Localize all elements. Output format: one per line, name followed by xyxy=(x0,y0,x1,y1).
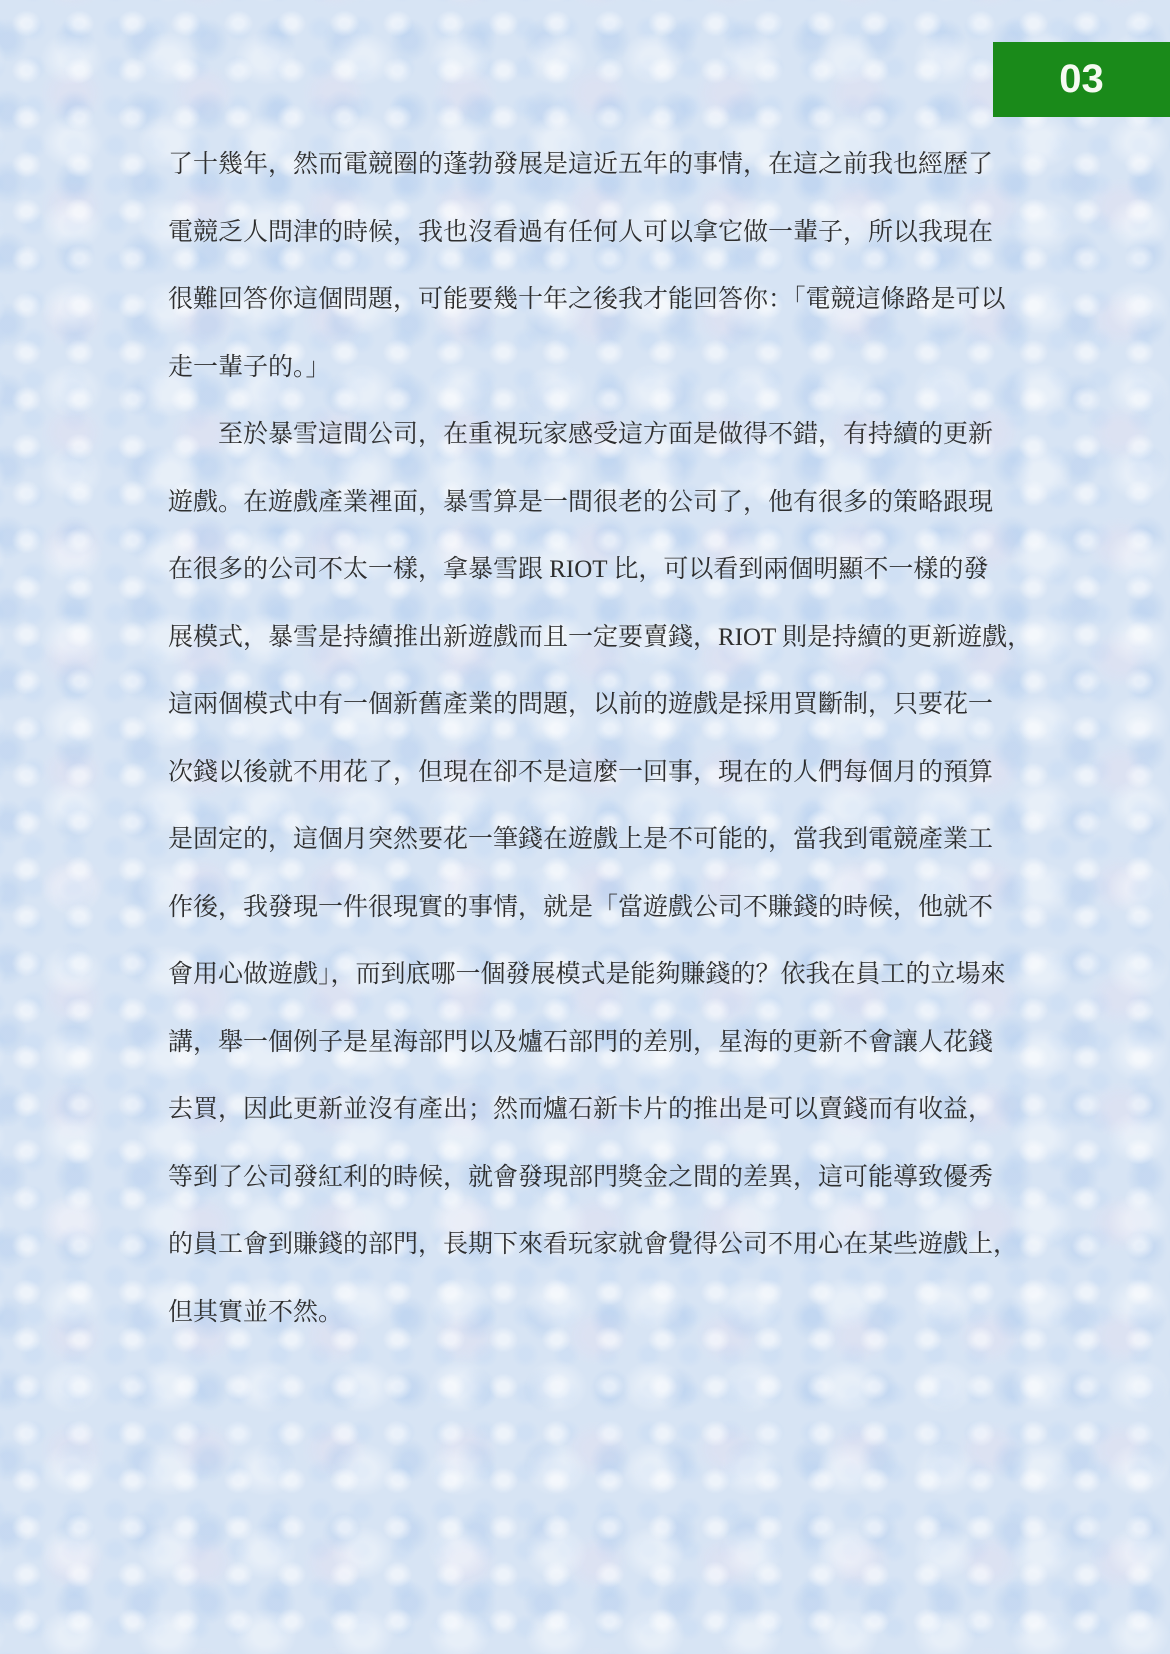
text-line: 在很多的公司不太一樣，拿暴雪跟 RIOT 比，可以看到兩個明顯不一樣的發 xyxy=(168,536,964,604)
text-line: 電競乏人問津的時候，我也沒看過有任何人可以拿它做一輩子，所以我現在 xyxy=(168,199,964,267)
text-line: 了十幾年，然而電競圈的蓬勃發展是這近五年的事情，在這之前我也經歷了 xyxy=(168,131,964,199)
text-line: 的員工會到賺錢的部門，長期下來看玩家就會覺得公司不用心在某些遊戲上， xyxy=(168,1211,964,1279)
text-line: 等到了公司發紅利的時候，就會發現部門獎金之間的差異，這可能導致優秀 xyxy=(168,1144,964,1212)
text-line: 是固定的，這個月突然要花一筆錢在遊戲上是不可能的，當我到電競產業工 xyxy=(168,806,964,874)
document-body: 了十幾年，然而電競圈的蓬勃發展是這近五年的事情，在這之前我也經歷了電競乏人問津的… xyxy=(168,0,964,1346)
text-line: 但其實並不然。 xyxy=(168,1279,964,1347)
text-line: 走一輩子的。」 xyxy=(168,334,964,402)
text-line: 次錢以後就不用花了，但現在卻不是這麼一回事，現在的人們每個月的預算 xyxy=(168,739,964,807)
page-number: 03 xyxy=(1059,57,1104,102)
text-line: 至於暴雪這間公司，在重視玩家感受這方面是做得不錯，有持續的更新 xyxy=(168,401,964,469)
text-line: 講，舉一個例子是星海部門以及爐石部門的差別，星海的更新不會讓人花錢 xyxy=(168,1009,964,1077)
text-line: 作後，我發現一件很現實的事情，就是「當遊戲公司不賺錢的時候，他就不 xyxy=(168,874,964,942)
text-line: 遊戲。在遊戲產業裡面，暴雪算是一間很老的公司了，他有很多的策略跟現 xyxy=(168,469,964,537)
page-number-badge: 03 xyxy=(993,42,1170,117)
text-line: 很難回答你這個問題，可能要幾十年之後我才能回答你：「電競這條路是可以 xyxy=(168,266,964,334)
text-line: 會用心做遊戲」，而到底哪一個發展模式是能夠賺錢的？依我在員工的立場來 xyxy=(168,941,964,1009)
text-line: 展模式，暴雪是持續推出新遊戲而且一定要賣錢，RIOT 則是持續的更新遊戲， xyxy=(168,604,964,672)
text-line: 去買，因此更新並沒有產出；然而爐石新卡片的推出是可以賣錢而有收益， xyxy=(168,1076,964,1144)
text-line: 這兩個模式中有一個新舊產業的問題，以前的遊戲是採用買斷制，只要花一 xyxy=(168,671,964,739)
